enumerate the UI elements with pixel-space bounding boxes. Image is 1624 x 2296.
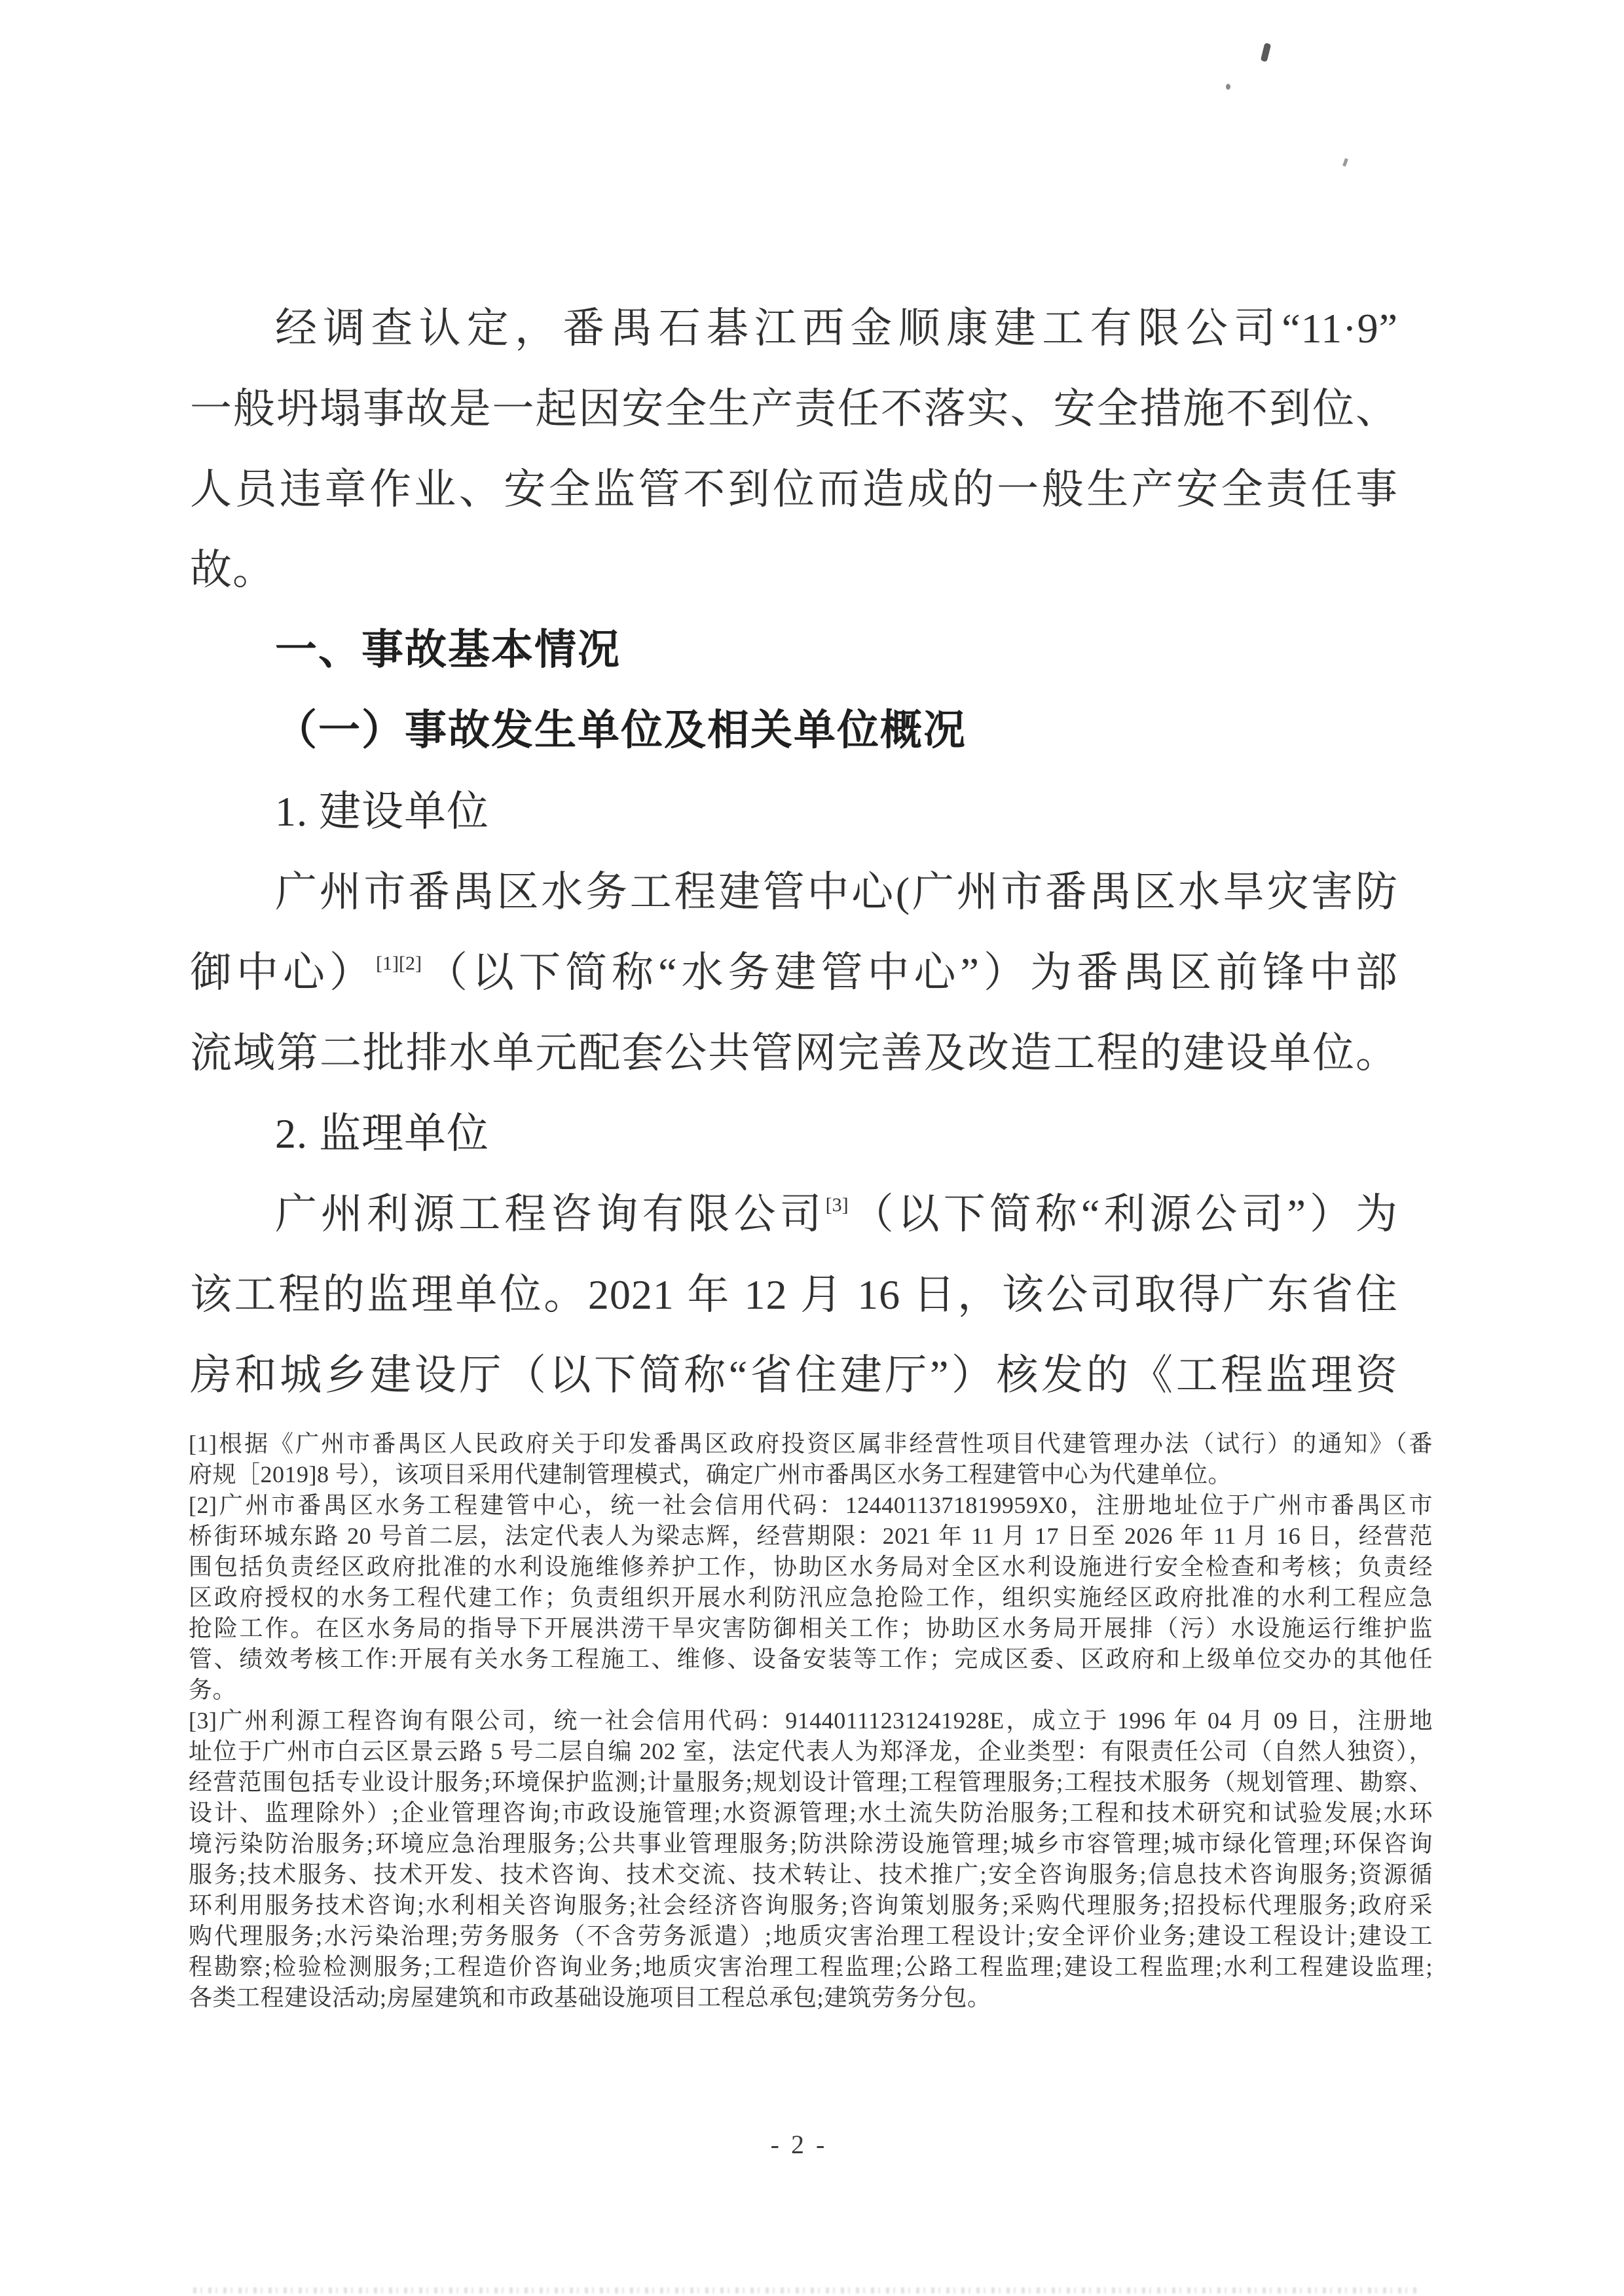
heading-line: （一）事故发生单位及相关单位概况	[190, 691, 1398, 771]
page-number: - 2 -	[0, 2129, 1598, 2160]
body-line: 故。	[190, 530, 1398, 610]
body-line: 流域第二批排水单元配套公共管网完善及改造工程的建设单位。	[190, 1013, 1398, 1093]
body-line: 御中心）[1][2]（以下简称“水务建管中心”）为番禺区前锋中部	[190, 932, 1398, 1013]
body-line: 该工程的监理单位。2021 年 12 月 16 日，该公司取得广东省住	[190, 1254, 1398, 1335]
document-page: 经调查认定，番禺石碁江西金顺康建工有限公司“11·9”一般坍塌事故是一起因安全生…	[0, 0, 1624, 2296]
footnote-line: 府规［2019]8 号），该项目采用代建制管理模式，确定广州市番禺区水务工程建管…	[189, 1459, 1433, 1490]
body-line: 一般坍塌事故是一起因安全生产责任不落实、安全措施不到位、	[190, 369, 1398, 449]
body-line: 房和城乡建设厅（以下简称“省住建厅”）核发的《工程监理资	[190, 1335, 1398, 1415]
footnote-line: 务。	[189, 1675, 1433, 1705]
scan-speck	[1261, 43, 1271, 62]
body-text: 经调查认定，番禺石碁江西金顺康建工有限公司“11·9”一般坍塌事故是一起因安全生…	[190, 288, 1398, 1415]
footnote-line: 围包括负责经区政府批准的水利设施维修养护工作，协助区水务局对全区水利设施进行安全…	[189, 1552, 1433, 1582]
footnote-ref: [1][2]	[376, 953, 422, 974]
scan-speck	[1226, 84, 1230, 90]
body-line: 人员违章作业、安全监管不到位而造成的一般生产安全责任事	[190, 449, 1398, 530]
footnote-line: 环利用服务技术咨询;水利相关咨询服务;社会经济咨询服务;咨询策划服务;采购代理服…	[189, 1890, 1433, 1921]
heading-line: 一、事故基本情况	[190, 610, 1398, 691]
footnote-line: 服务;技术服务、技术开发、技术咨询、技术交流、技术转让、技术推广;安全咨询服务;…	[189, 1859, 1433, 1890]
scan-artifact	[193, 2287, 1418, 2293]
footnote-line: [1]根据《广州市番禺区人民政府关于印发番禺区政府投资区属非经营性项目代建管理办…	[189, 1429, 1433, 1459]
body-line: 经调查认定，番禺石碁江西金顺康建工有限公司“11·9”	[190, 288, 1398, 369]
footnote-line: [2]广州市番禺区水务工程建管中心，统一社会信用代码：1244011371819…	[189, 1490, 1433, 1521]
scan-speck	[1342, 158, 1348, 167]
footnote-line: [3]广州利源工程咨询有限公司，统一社会信用代码：914401112312419…	[189, 1705, 1433, 1736]
footnote-ref: [3]	[826, 1194, 849, 1216]
footnote-line: 址位于广州市白云区景云路 5 号二层自编 202 室，法定代表人为郑泽龙，企业类…	[189, 1736, 1433, 1767]
subheading-line: 1. 建设单位	[190, 771, 1398, 852]
footnote-line: 区政府授权的水务工程代建工作；负责组织开展水利防汛应急抢险工作，组织实施经区政府…	[189, 1582, 1433, 1613]
footnote-line: 各类工程建设活动;房屋建筑和市政基础设施项目工程总承包;建筑劳务分包。	[189, 1982, 1433, 2013]
footnote-line: 经营范围包括专业设计服务;环境保护监测;计量服务;规划设计管理;工程管理服务;工…	[189, 1767, 1433, 1798]
subheading-line: 2. 监理单位	[190, 1093, 1398, 1174]
footnote-line: 抢险工作。在区水务局的指导下开展洪涝干旱灾害防御相关工作；协助区水务局开展排（污…	[189, 1613, 1433, 1644]
body-line: 广州利源工程咨询有限公司[3]（以下简称“利源公司”）为	[190, 1174, 1398, 1254]
footnote-line: 管、绩效考核工作:开展有关水务工程施工、维修、设备安装等工作；完成区委、区政府和…	[189, 1644, 1433, 1675]
footnote-line: 设计、监理除外）;企业管理咨询;市政设施管理;水资源管理;水土流失防治服务;工程…	[189, 1798, 1433, 1829]
footnote-line: 境污染防治服务;环境应急治理服务;公共事业管理服务;防洪除涝设施管理;城乡市容管…	[189, 1829, 1433, 1859]
footnote-line: 程勘察;检验检测服务;工程造价咨询业务;地质灾害治理工程监理;公路工程监理;建设…	[189, 1952, 1433, 1982]
footnote-line: 桥街环城东路 20 号首二层，法定代表人为梁志辉，经营期限：2021 年 11 …	[189, 1521, 1433, 1552]
footnotes: [1]根据《广州市番禺区人民政府关于印发番禺区政府投资区属非经营性项目代建管理办…	[189, 1429, 1433, 2013]
footnote-line: 购代理服务;水污染治理;劳务服务（不含劳务派遣）;地质灾害治理工程设计;安全评价…	[189, 1921, 1433, 1952]
body-line: 广州市番禺区水务工程建管中心(广州市番禺区水旱灾害防	[190, 852, 1398, 932]
